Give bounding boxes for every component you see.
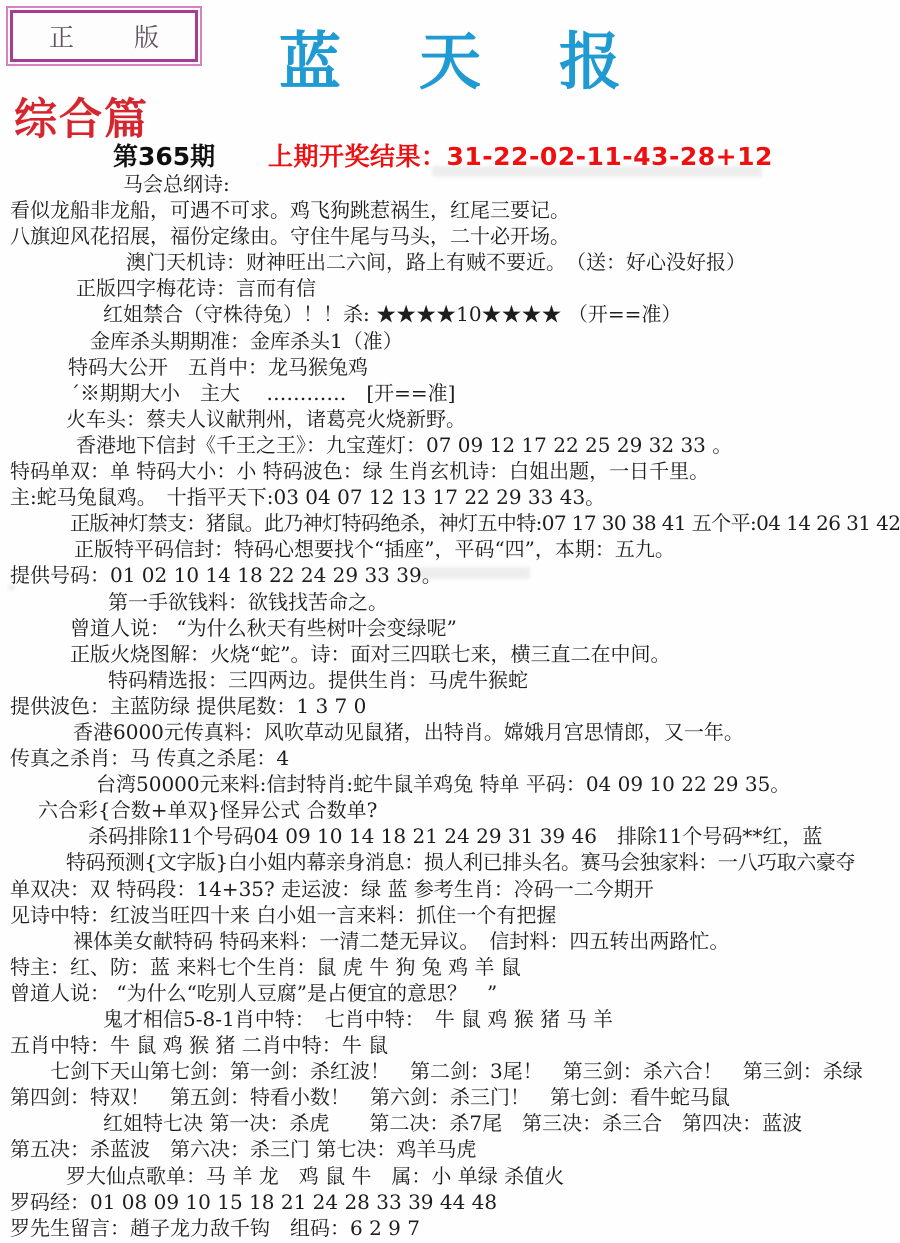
text-line: 主:蛇马兔鼠鸡。 十指平天下:03 04 07 12 13 17 22 29 3… xyxy=(8,484,896,510)
text-line: 看似龙船非龙船，可遇不可求。鸡飞狗跳惹祸生，红尾三要记。 xyxy=(8,197,896,223)
text-line: 第四剑：特双！ 第五剑：特看小数！ 第六剑：杀三门！ 第七剑：看牛蛇马鼠 xyxy=(8,1084,896,1110)
text-line: 香港6000元传真料：风吹草动见鼠猪，出特肖。嫦娥月宫思情郎，又一年。 xyxy=(8,719,896,745)
text-line: ˊ※期期大小 主大 ………… [开==准] xyxy=(8,380,896,406)
text-line: 正版火烧图解：火烧“蛇”。诗：面对三四联七来，横三直二在中间。 xyxy=(8,641,896,667)
text-line: 曾道人说： “为什么秋天有些树叶会变绿呢” xyxy=(8,615,896,641)
text-line: 正版神灯禁支：猪鼠。此乃神灯特码绝杀，神灯五中特:07 17 30 38 41 … xyxy=(8,510,896,536)
text-line: 鬼才相信5-8-1肖中特： 七肖中特： 牛 鼠 鸡 猴 猪 马 羊 xyxy=(8,1006,896,1032)
text-line: 台湾50000元来料:信封特肖:蛇牛鼠羊鸡兔 特单 平码：04 09 10 22… xyxy=(8,771,896,797)
text-line: 传真之杀肖：马 传真之杀尾：4 xyxy=(8,745,896,771)
text-line: 正版四字梅花诗：言而有信 xyxy=(8,275,896,301)
text-line: 杀码排除11个号码04 09 10 14 18 21 24 29 31 39 4… xyxy=(8,823,896,849)
text-line: 马会总纲诗: xyxy=(8,171,896,197)
tips-text-block: 马会总纲诗: 看似龙船非龙船，可遇不可求。鸡飞狗跳惹祸生，红尾三要记。 八旗迎风… xyxy=(8,171,896,1241)
text-line: 红姐禁合（守株待兔）！！杀: ★★★★10★★★★ （开==准） xyxy=(8,301,896,327)
text-line: 特码精选报：三四两边。提供生肖：马虎牛猴蛇 xyxy=(8,667,896,693)
text-line: 见诗中特：红波当旺四十来 白小姐一言来料：抓住一个有把握 xyxy=(8,902,896,928)
text-line: 罗码经：01 08 09 10 15 18 21 24 28 33 39 44 … xyxy=(8,1189,896,1215)
text-line: 提供号码：01 02 10 14 18 22 24 29 33 39。 xyxy=(8,562,896,588)
text-line: 提供波色：主蓝防绿 提供尾数：1 3 7 0 xyxy=(8,693,896,719)
text-line: 单双决：双 特码段：14+35? 走运波：绿 蓝 参考生肖：冷码一二今期开 xyxy=(8,876,896,902)
text-line: 红姐特七决 第一决：杀虎 第二决：杀7尾 第三决：杀三合 第四决：蓝波 xyxy=(8,1110,896,1136)
issue-number: 第365期 xyxy=(113,137,215,173)
text-line: 七剑下天山第七剑：第一剑：杀红波！ 第二剑：3尾！ 第三剑：杀六合！ 第三剑：杀… xyxy=(8,1058,896,1084)
text-line: 五肖中特：牛 鼠 鸡 猴 猪 二肖中特：牛 鼠 xyxy=(8,1032,896,1058)
text-line: 罗大仙点歌单：马 羊 龙 鸡 鼠 牛 属：小 单绿 杀值火 xyxy=(8,1163,896,1189)
text-line: 罗先生留言：趙子龙力敌千钩 组码：6 2 9 7 xyxy=(8,1215,896,1241)
text-line: 第一手欲钱料：欲钱找苦命之。 xyxy=(8,589,896,615)
text-line: 特码预测{文字版}白小姐内幕亲身消息：损人利已排头名。赛马会独家料：一八巧取六豪… xyxy=(8,849,896,875)
text-line: 火车头：蔡夫人议献荆州，诸葛亮火烧新野。 xyxy=(8,406,896,432)
text-line: 香港地下信封《千王之王》：九宝莲灯：07 09 12 17 22 25 29 3… xyxy=(8,432,896,458)
text-line: 正版特平码信封：特码心想要找个“插座”，平码“四”，本期：五九。 xyxy=(8,536,896,562)
text-line: 特主：红、防：蓝 来料七个生肖：鼠 虎 牛 狗 兔 鸡 羊 鼠 xyxy=(8,954,896,980)
text-line: 第五决：杀蓝波 第六决：杀三门 第七决：鸡羊马虎 xyxy=(8,1136,896,1162)
text-line: 特码单双：单 特码大小：小 特码波色：绿 生肖玄机诗：白姐出题，一日千里。 xyxy=(8,458,896,484)
text-line: 金库杀头期期准：金库杀头1（准） xyxy=(8,328,896,354)
text-line: 六合彩{合数+单双}怪异公式 合数单? xyxy=(8,797,896,823)
text-line: 特码大公开 五肖中：龙马猴兔鸡 xyxy=(8,354,896,380)
text-line: 澳门天机诗：财神旺出二六间，路上有贼不要近。 （送：好心没好报） xyxy=(8,249,896,275)
text-line: 八旗迎风花招展，福份定缘由。守住牛尾与马头，二十必开场。 xyxy=(8,223,896,249)
text-line: 裸体美女献特码 特码来料：一清二楚无异议。 信封料：四五转出两路忙。 xyxy=(8,928,896,954)
text-line: 曾道人说： “为什么“吃别人豆腐”是占便宜的意思？ ” xyxy=(8,980,896,1006)
blue-sky-report-page: 正 版 蓝天报 综合篇 第365期 上期开奖结果：31-22-02-11-43-… xyxy=(0,0,900,1243)
